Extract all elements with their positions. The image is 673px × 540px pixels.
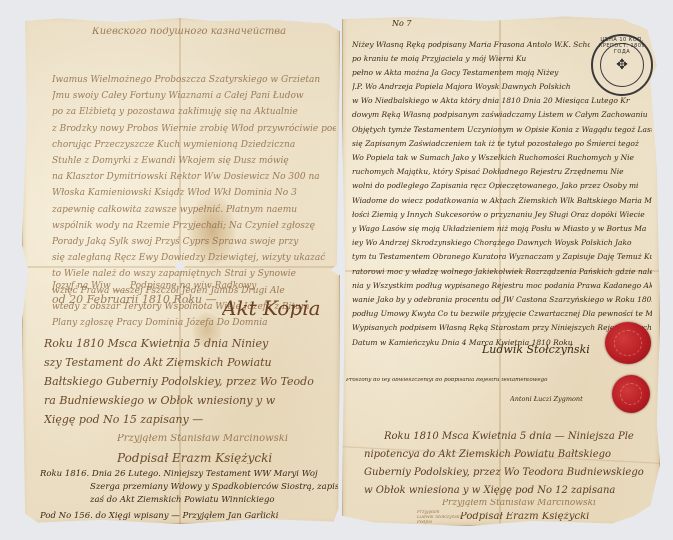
text-line: nia y Wszystkim podług wypisanego Rejest… xyxy=(352,279,652,293)
text-line: Pod No 156. do Xięgi wpisany — Przyjąłem… xyxy=(40,510,338,523)
text-line: podług Umowy Kwyta Co tu bezwile przyjęc… xyxy=(352,307,652,321)
text-line: tym tu Testamentem Obranego Kuratora Wyz… xyxy=(352,250,652,264)
plenipotentiary-registration: Roku 1810 Msca Kwietnia 5 dnia — Niniejs… xyxy=(364,428,654,500)
text-line: na Klasztor Dymitriowski Rektor Ww Dosie… xyxy=(52,169,336,185)
signature-signed: Podpisał Erazm Księżycki xyxy=(117,452,327,464)
text-line: w Wo Niedbalskiego w Akta który dnia 181… xyxy=(352,94,652,108)
text-line: się Zapisanym Zaświadczeniem tak iż te t… xyxy=(352,137,652,151)
copy-title: Akt Kopia xyxy=(222,298,340,318)
text-line: Roku 1810 Msca Kwietnia 5 dnia — Niniejs… xyxy=(364,428,654,446)
signature-received: Przyjąłem Stanisław Marcinowski xyxy=(442,499,642,508)
text-line: ratorowi moc y władzę wolnego Jakiekolwi… xyxy=(352,265,652,279)
text-line: dowym Ręką Własną podpisanym zaświadczam… xyxy=(352,108,652,122)
text-line: J.P. Wo Andrzeja Popiela Majora Woysk Da… xyxy=(352,80,652,94)
text-line: po kraniu te moią Przyjaciela y mój Wier… xyxy=(352,52,590,66)
text-line: Wiadome do wiecz podatkowania w Aktach Z… xyxy=(352,194,652,208)
text-line: wanie Jako by y odebrania procentu od JW… xyxy=(352,293,652,307)
text-line: Wo Popiela tak w Sumach Jako y Wszelkich… xyxy=(352,151,652,165)
annotation-1816: Roku 1816. Dnia 26 Lutego. Niniejszy Tes… xyxy=(40,468,338,523)
registration-note: Roku 1810 Msca Kwietnia 5 dnia Niniey sz… xyxy=(44,334,334,429)
signature-signed: Podpisał Erazm Księżycki xyxy=(460,512,650,522)
red-wax-seal xyxy=(612,375,650,413)
text-line: Roku 1810 Msca Kwietnia 5 dnia Niniey xyxy=(44,334,334,353)
text-line: zapewnię całkowita zawsze wypełnić. Płat… xyxy=(52,202,336,218)
testament-body-top: Niżey Własną Ręką podpisany Maria Frason… xyxy=(352,38,590,80)
text-line: się zaległaną Ręcz Ewy Dowiedzy Dziewiąt… xyxy=(52,250,336,266)
signature-received: Przyjąłem Stanisław Marcinowski xyxy=(117,434,327,444)
text-line: wspólnik wody na Rzemie Przyjechałi; Na … xyxy=(52,218,336,234)
text-line: wolni do podległego Zapisania ręcz Opiec… xyxy=(352,179,652,193)
text-line: pełno w Akta można Ja Gocy Testamentem m… xyxy=(352,66,590,80)
text-line: iey Wo Andrzej Skrodzynskiego Chorążego … xyxy=(352,236,652,250)
text-line: Niżey Własną Ręką podpisany Maria Frason… xyxy=(352,38,590,52)
text-line: Iwamus Wielmożnego Proboszcza Szatyrskie… xyxy=(52,72,336,88)
text-line: nipotencya do Akt Ziemskich Powiatu Bałt… xyxy=(364,446,654,464)
text-line: ruchomych Majątku, który Spisać Dokładne… xyxy=(352,165,652,179)
text-line: Podpis xyxy=(417,520,467,525)
text-line: y Wago Lasów się moją Układzieniem niż m… xyxy=(352,222,652,236)
text-line: Xięgę pod No 15 zapisany — xyxy=(44,410,334,429)
page-mark: No 7 xyxy=(392,20,432,28)
right-manuscript-sheet: No 7 ЦѢНА 10 КОП. КРЕПОСТ. 1809 ГОДА ✥ N… xyxy=(342,14,660,526)
text-line: Stuhle z Domyrki z Ewandi Wkojem się Dus… xyxy=(52,153,336,169)
witness-signature: Antoni Łuczi Zygmont xyxy=(510,396,610,403)
text-line: Guberniy Podolskiey, przez Wo Teodora Bu… xyxy=(364,464,654,482)
text-line: Objętych tymże Testamentem Uczynionym w … xyxy=(352,123,652,137)
testament-body: J.P. Wo Andrzeja Popiela Majora Woysk Da… xyxy=(352,80,652,350)
text-line: Szerga przemiany Wdowy y Spadkobierców S… xyxy=(40,481,338,494)
text-line: łości Ziemią y Innych Sukcesorów o przyz… xyxy=(352,208,652,222)
text-line: chorując Przeczyszcze Kuch wymienioną Dz… xyxy=(52,137,336,153)
footnote: Przyjęłam Ludwik Stołczyński Podpis xyxy=(417,510,467,525)
text-line: Porady Jaką Sylk swoj Przyś Cyprs Sprawa… xyxy=(52,234,336,250)
witness-note: Proszony do tey obwieszczeniyi do podpis… xyxy=(346,378,586,384)
russian-treasury-header: Киевскoго подушного казначейства xyxy=(92,27,332,37)
text-line: Włoska Kamieniowski Ksiądz Włod Wkł Domi… xyxy=(52,185,336,201)
text-line: szy Testament do Akt Ziemskich Powiatu xyxy=(44,353,334,372)
text-line: po za Elżbietą y pozostawa zakłimuję się… xyxy=(52,104,336,120)
text-line: w Obłok wniesiona y w Xięgę pod No 12 za… xyxy=(364,482,654,500)
text-line: ra Budniewskiego w Obłok wniesiony y w xyxy=(44,391,334,410)
text-line: Roku 1816. Dnia 26 Lutego. Niniejszy Tes… xyxy=(40,468,338,481)
stamp-legend: ЦѢНА 10 КОП. КРЕПОСТ. 1809 ГОДА xyxy=(593,37,651,55)
text-line: zaś do Akt Ziemskich Powiatu Winnickiego xyxy=(40,494,338,507)
text-line: Jozyf na Wiw ___ Podpisane na wiw Radkow… xyxy=(52,280,336,293)
text-line: Jmu swoiy Całey Fortuny Wiaznami a Całej… xyxy=(52,88,336,104)
text-line: z Brodzky nowy Probos Wiernie zrobię Wło… xyxy=(52,121,336,137)
red-wax-seal xyxy=(605,322,651,364)
text-line: Bałtskiego Guberniy Podolskiey, przez Wo… xyxy=(44,372,334,391)
